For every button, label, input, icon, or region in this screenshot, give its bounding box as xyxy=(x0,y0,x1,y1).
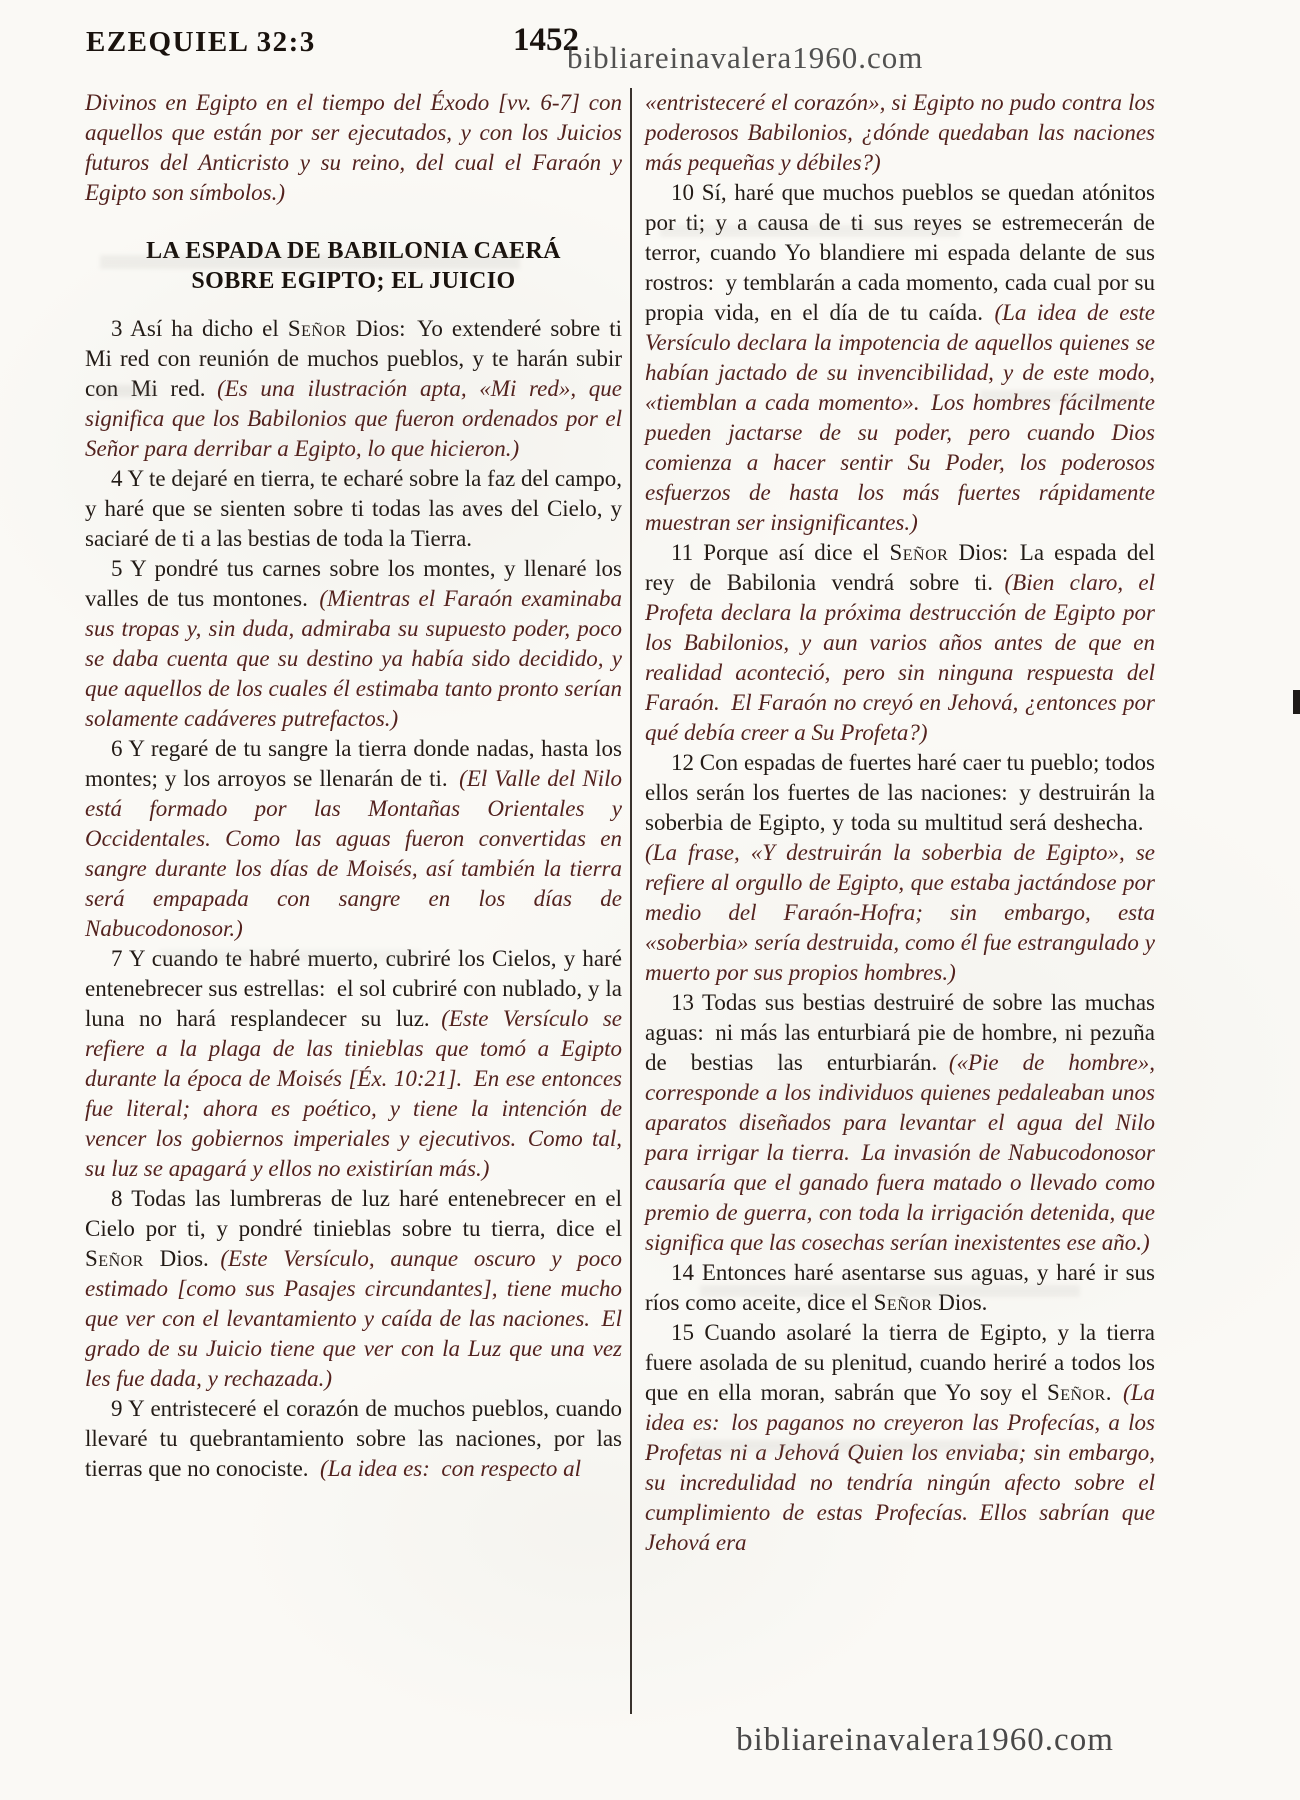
section-heading: LA ESPADA DE BABILONIA CAERÁSOBRE EGIPTO… xyxy=(85,236,622,296)
commentary-text: (El Valle del Nilo está formado por las … xyxy=(85,766,622,941)
verse-15: 15 Cuando asolaré la tierra de Egipto, y… xyxy=(645,1318,1155,1558)
verse-8: 8 Todas las lumbreras de luz haré entene… xyxy=(85,1184,622,1394)
commentary-text: (La idea es: con respecto al xyxy=(320,1456,581,1481)
commentary-text: («Pie de hombre», corresponde a los indi… xyxy=(645,1050,1155,1255)
commentary-text: (La frase, «Y destruirán la soberbia de … xyxy=(645,840,1155,985)
verse-text: 11 Porque así dice el xyxy=(671,540,889,565)
verse-3: 3 Así ha dicho el Señor Dios: Yo extende… xyxy=(85,314,622,464)
column-divider xyxy=(630,88,632,1714)
right-text-column: «entristeceré el corazón», si Egipto no … xyxy=(645,88,1155,1558)
verse-text: . xyxy=(1106,1380,1123,1405)
commentary-text: (Bien claro, el Profeta declara la próxi… xyxy=(645,570,1155,745)
verse-text: 3 Así ha dicho el xyxy=(111,316,288,341)
verse-9: 9 Y entristeceré el corazón de muchos pu… xyxy=(85,1394,622,1484)
commentary-text: «entristeceré el corazón», si Egipto no … xyxy=(645,90,1155,175)
verse-14: 14 Entonces haré asentarse sus aguas, y … xyxy=(645,1258,1155,1318)
scanned-book-page: { "header": { "book_ref": "EZEQUIEL 32:3… xyxy=(0,0,1300,1800)
smallcaps-divine-name: Señor xyxy=(85,1246,144,1271)
verse-text: 8 Todas las lumbreras de luz haré entene… xyxy=(85,1186,622,1241)
verse-text: Dios. xyxy=(144,1246,220,1271)
smallcaps-divine-name: Señor xyxy=(1047,1380,1106,1405)
verse-5: 5 Y pondré tus carnes sobre los montes, … xyxy=(85,554,622,734)
verse-text: 4 Y te dejaré en tierra, te echaré sobre… xyxy=(85,466,622,551)
verse-13: 13 Todas sus bestias destruiré de sobre … xyxy=(645,988,1155,1258)
commentary-text: (La idea es: los paganos no creyeron las… xyxy=(645,1380,1155,1555)
commentary-text: (Este Versículo se refiere a la plaga de… xyxy=(85,1006,622,1181)
commentary-text: (La idea de este Versículo declara la im… xyxy=(645,300,1155,535)
verse-text: Dios. xyxy=(932,1290,987,1315)
verse-11: 11 Porque así dice el Señor Dios: La esp… xyxy=(645,538,1155,748)
scan-edge-artifact xyxy=(1293,690,1300,714)
commentary-text: Divinos en Egipto en el tiempo del Éxodo… xyxy=(85,90,622,205)
commentary-continuation: «entristeceré el corazón», si Egipto no … xyxy=(645,88,1155,178)
verse-text: 12 Con espadas de fuertes haré caer tu p… xyxy=(645,750,1155,835)
verse-10: 10 Sí, haré que muchos pueblos se quedan… xyxy=(645,178,1155,538)
watermark-top: bibliareinavalera1960.com xyxy=(567,40,923,76)
watermark-bottom: bibliareinavalera1960.com xyxy=(630,1722,1220,1759)
verse-12: 12 Con espadas de fuertes haré caer tu p… xyxy=(645,748,1155,988)
verse-6: 6 Y regaré de tu sangre la tierra donde … xyxy=(85,734,622,944)
verse-7: 7 Y cuando te habré muerto, cubriré los … xyxy=(85,944,622,1184)
left-text-column: Divinos en Egipto en el tiempo del Éxodo… xyxy=(85,88,622,1484)
smallcaps-divine-name: Señor xyxy=(874,1290,933,1315)
page-header-reference: EZEQUIEL 32:3 xyxy=(86,26,316,59)
smallcaps-divine-name: Señor xyxy=(288,316,347,341)
commentary-continuation: Divinos en Egipto en el tiempo del Éxodo… xyxy=(85,88,622,208)
verse-4: 4 Y te dejaré en tierra, te echaré sobre… xyxy=(85,464,622,554)
smallcaps-divine-name: Señor xyxy=(889,540,948,565)
